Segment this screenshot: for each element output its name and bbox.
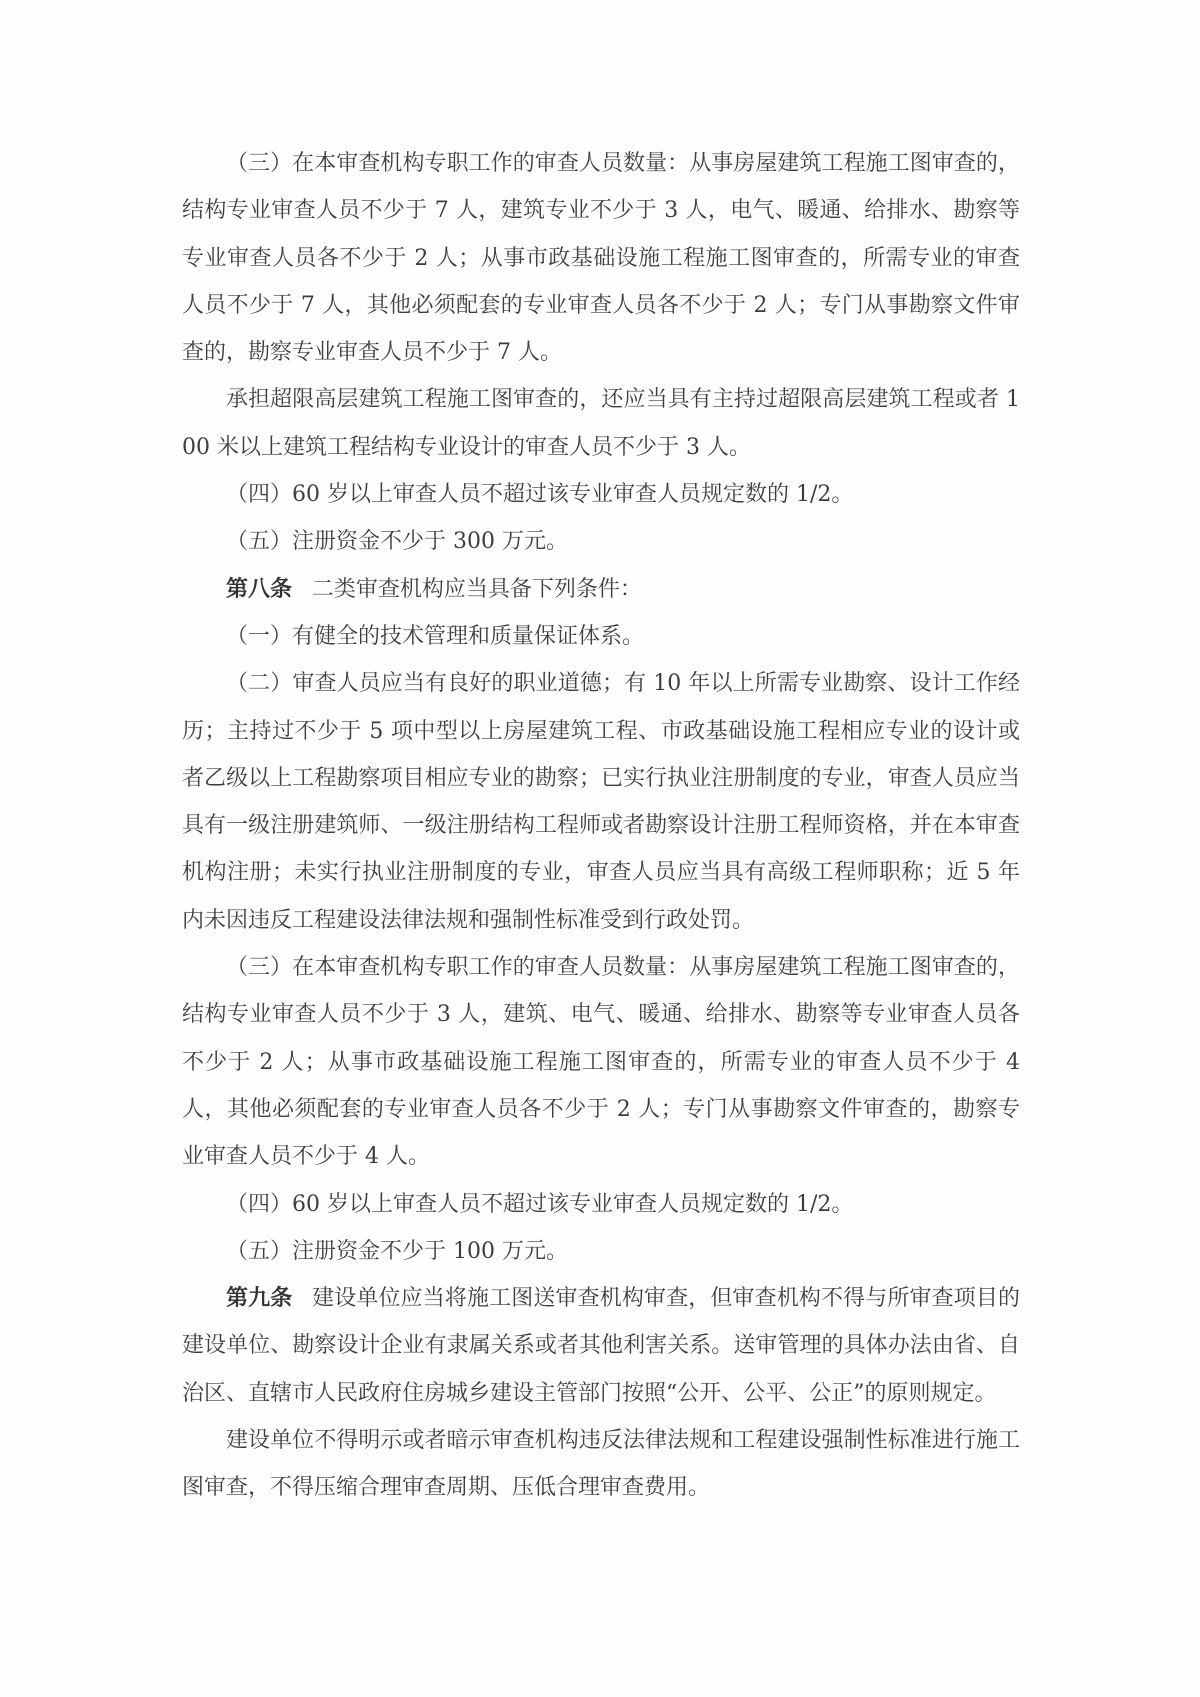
paragraph-text: 二类审查机构应当具备下列条件： — [312, 577, 642, 602]
body-paragraph: （五）注册资金不少于 100 万元。 — [182, 1228, 1020, 1275]
body-paragraph: （五）注册资金不少于 300 万元。 — [182, 518, 1020, 565]
body-paragraph: 建设单位不得明示或者暗示审查机构违反法律法规和工程建设强制性标准进行施工图审查，… — [182, 1417, 1020, 1512]
body-paragraph: （一）有健全的技术管理和质量保证体系。 — [182, 613, 1020, 660]
paragraph-text: （三）在本审查机构专职工作的审查人员数量：从事房屋建筑工程施工图审查的，结构专业… — [182, 955, 1020, 1169]
article-paragraph: 第九条建设单位应当将施工图送审查机构审查，但审查机构不得与所审查项目的建设单位、… — [182, 1275, 1020, 1417]
paragraph-text: 建设单位不得明示或者暗示审查机构违反法律法规和工程建设强制性标准进行施工图审查，… — [182, 1428, 1020, 1500]
body-paragraph: （二）审查人员应当有良好的职业道德；有 10 年以上所需专业勘察、设计工作经历；… — [182, 660, 1020, 944]
paragraph-text: （四）60 岁以上审查人员不超过该专业审查人员规定数的 1/2。 — [226, 1192, 853, 1217]
article-label: 第九条 — [226, 1285, 292, 1311]
paragraph-text: （一）有健全的技术管理和质量保证体系。 — [226, 624, 644, 649]
document-content: （三）在本审查机构专职工作的审查人员数量：从事房屋建筑工程施工图审查的，结构专业… — [182, 140, 1020, 1512]
body-paragraph: （三）在本审查机构专职工作的审查人员数量：从事房屋建筑工程施工图审查的，结构专业… — [182, 944, 1020, 1180]
paragraph-text: （二）审查人员应当有良好的职业道德；有 10 年以上所需专业勘察、设计工作经历；… — [182, 671, 1020, 932]
paragraph-text: 承担超限高层建筑工程施工图审查的，还应当具有主持过超限高层建筑工程或者 100 … — [182, 387, 1020, 459]
body-paragraph: （四）60 岁以上审查人员不超过该专业审查人员规定数的 1/2。 — [182, 471, 1020, 518]
paragraph-text: 建设单位应当将施工图送审查机构审查，但审查机构不得与所审查项目的建设单位、勘察设… — [182, 1286, 1020, 1406]
paragraph-text: （五）注册资金不少于 300 万元。 — [226, 529, 568, 554]
article-label: 第八条 — [226, 576, 292, 602]
body-paragraph: （三）在本审查机构专职工作的审查人员数量：从事房屋建筑工程施工图审查的，结构专业… — [182, 140, 1020, 376]
paragraph-text: （五）注册资金不少于 100 万元。 — [226, 1239, 568, 1264]
paragraph-text: （三）在本审查机构专职工作的审查人员数量：从事房屋建筑工程施工图审查的，结构专业… — [182, 151, 1020, 365]
document-page: （三）在本审查机构专职工作的审查人员数量：从事房屋建筑工程施工图审查的，结构专业… — [0, 0, 1200, 1697]
paragraph-text: （四）60 岁以上审查人员不超过该专业审查人员规定数的 1/2。 — [226, 482, 853, 507]
body-paragraph: 承担超限高层建筑工程施工图审查的，还应当具有主持过超限高层建筑工程或者 100 … — [182, 376, 1020, 471]
article-paragraph: 第八条二类审查机构应当具备下列条件： — [182, 566, 1020, 613]
body-paragraph: （四）60 岁以上审查人员不超过该专业审查人员规定数的 1/2。 — [182, 1181, 1020, 1228]
